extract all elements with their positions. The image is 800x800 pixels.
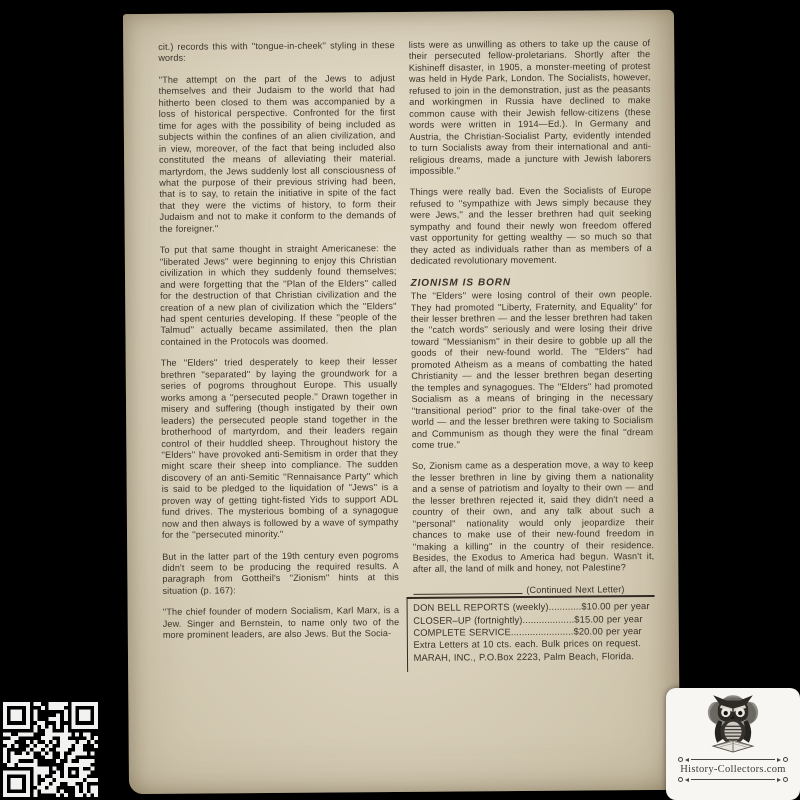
watermark-text: History-Collectors.com [680, 764, 785, 775]
paragraph-text: But in the latter part of the 19th centu… [162, 550, 399, 598]
photo-background: cit.) records this with ''tongue-in-chee… [0, 0, 800, 800]
subscription-box: DON BELL REPORTS (weekly)............$10… [406, 595, 655, 671]
watermark-card: History-Collectors.com [666, 688, 800, 800]
continued-label: (Continued Next Letter) [522, 584, 628, 596]
paragraph-text: The ''Elders'' tried desperately to keep… [161, 356, 399, 541]
paragraph-text: cit.) records this with ''tongue-in-chee… [158, 40, 395, 65]
subscription-line: MARAH, INC., P.O.Box 2223, Palm Beach, F… [413, 650, 655, 664]
right-column: lists were as unwilling as others to tak… [409, 38, 655, 672]
ornament-divider [678, 777, 788, 782]
paragraph-text: So, Zionism came as a desperation move, … [412, 459, 654, 575]
paragraph-text: ''The attempt on the part of the Jews to… [158, 73, 396, 235]
section-heading: ZIONISM IS BORN [411, 276, 653, 289]
page-content: cit.) records this with ''tongue-in-chee… [123, 10, 679, 674]
continued-note: (Continued Next Letter) [413, 584, 655, 597]
paragraph-text: The ''Elders'' were losing control of th… [411, 289, 654, 451]
document-page: cit.) records this with ''tongue-in-chee… [123, 10, 680, 794]
rule-line [413, 593, 522, 595]
left-column: cit.) records this with ''tongue-in-chee… [158, 40, 399, 674]
owl-logo-icon [700, 690, 766, 756]
paragraph-text: To put that same thought in straight Ame… [160, 243, 397, 348]
ornament-divider [678, 757, 788, 762]
paragraph-text: ''The chief founder of modern Socialism,… [163, 605, 400, 641]
paragraph-text: lists were as unwilling as others to tak… [409, 38, 652, 177]
paragraph-text: Things were really bad. Even the Sociali… [410, 185, 652, 267]
qr-code-icon [3, 702, 98, 797]
